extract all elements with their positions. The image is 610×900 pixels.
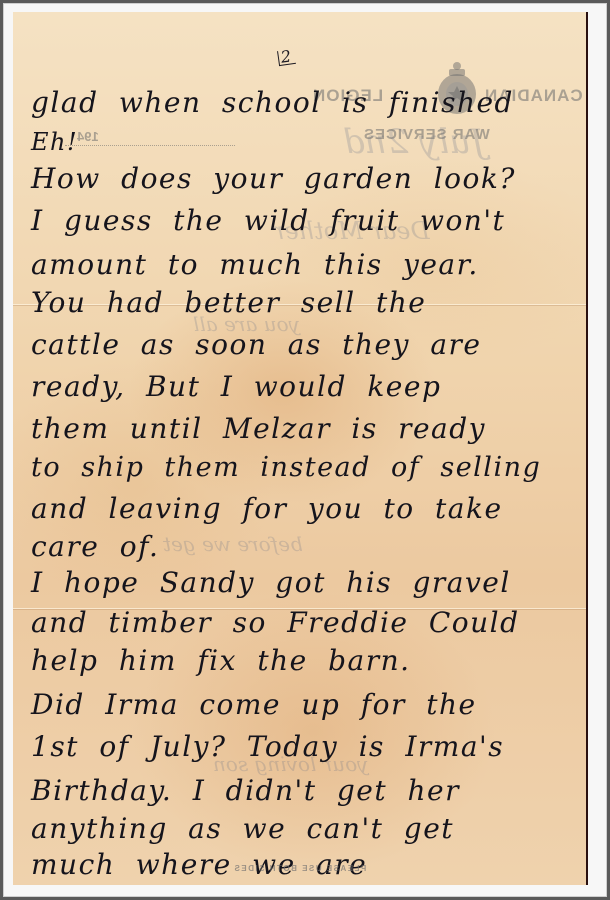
- handwritten-line: glad when school is finished: [31, 86, 588, 119]
- handwritten-line: I hope Sandy got his gravel: [31, 566, 588, 599]
- handwritten-line: amount to much this year.: [31, 248, 588, 281]
- handwritten-line: anything as we can't get: [31, 812, 588, 845]
- handwritten-line: care of.: [31, 530, 588, 563]
- handwritten-line: How does your garden look?: [31, 162, 588, 195]
- letterhead-footer: PLEASE USE BOTH SIDES: [13, 864, 586, 873]
- handwritten-line: Eh!: [31, 128, 588, 156]
- handwritten-line: ready, But I would keep: [31, 370, 588, 403]
- handwritten-line: and timber so Freddie Could: [31, 606, 588, 639]
- handwritten-line: I guess the wild fruit won't: [31, 204, 588, 237]
- handwritten-line: them until Melzar is ready: [31, 412, 588, 445]
- handwritten-line: Did Irma come up for the: [31, 688, 588, 721]
- handwritten-line: cattle as soon as they are: [31, 328, 588, 361]
- footer-text: PLEASE USE BOTH SIDES: [233, 864, 366, 873]
- handwritten-line: You had better sell the: [31, 286, 588, 319]
- handwritten-body: glad when school is finished Eh! How doe…: [13, 12, 586, 885]
- handwritten-line: and leaving for you to take: [31, 492, 588, 525]
- handwritten-line: 1st of July? Today is Irma's: [31, 730, 588, 763]
- handwritten-line: help him fix the barn.: [31, 644, 588, 677]
- handwritten-line: Birthday. I didn't get her: [31, 774, 588, 807]
- letter-page: July 2nd Dear Mother you are all before …: [13, 12, 588, 885]
- handwritten-line: to ship them instead of selling: [31, 452, 588, 483]
